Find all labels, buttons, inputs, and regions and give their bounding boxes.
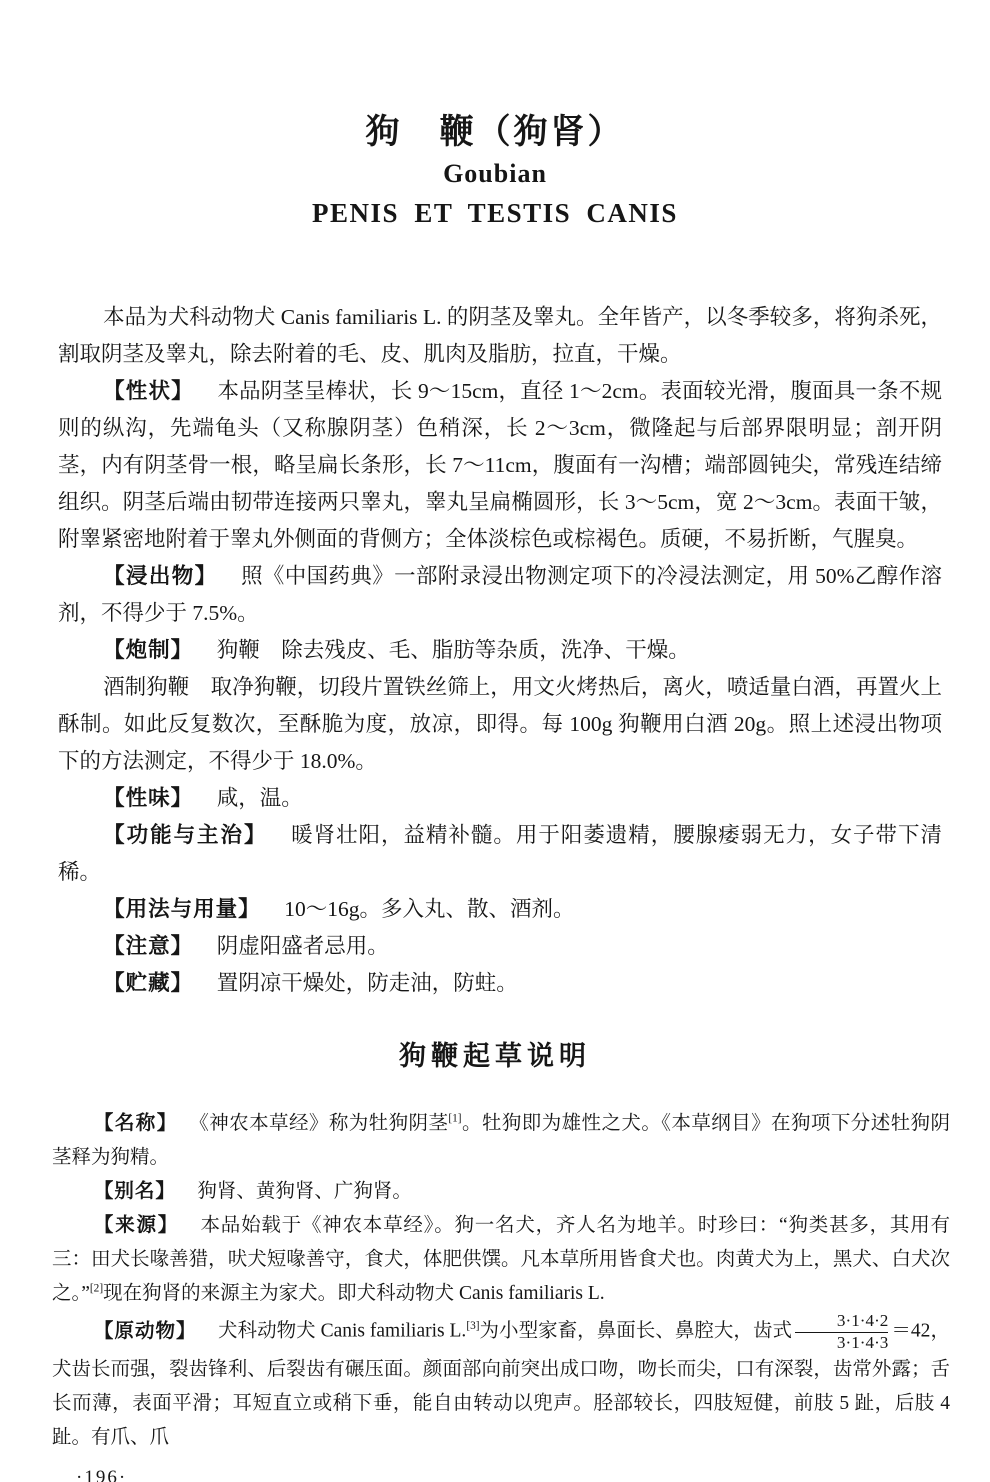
section-text-nature-flavor: 咸，温。 [217, 786, 303, 810]
section-text-processing: 狗鞭 除去残皮、毛、脂肪等杂质，洗净、干燥。 [217, 638, 690, 662]
section-properties: 【性状】本品阴茎呈棒状，长 9～15cm，直径 1～2cm。表面较光滑，腹面具一… [58, 373, 942, 558]
section-label-functions: 【功能与主治】 [103, 823, 267, 847]
dental-formula-denominator: 3·1·4·3 [795, 1332, 888, 1354]
footnote-ref-2: [2] [90, 1283, 103, 1295]
monograph-body: 本品为犬科动物犬 Canis familiaris L. 的阴茎及睾丸。全年皆产… [58, 299, 942, 1002]
section-wine-processing: 酒制狗鞭 取净狗鞭，切段片置铁丝筛上，用文火烤热后，离火，喷适量白酒，再置火上酥… [58, 669, 942, 780]
section-label-processing: 【炮制】 [103, 638, 193, 662]
dental-formula-fraction: 3·1·4·23·1·4·3 [795, 1311, 888, 1353]
section-text-caution: 阴虚阳盛者忌用。 [217, 934, 389, 958]
draft-section-source: 【来源】本品始载于《神农本草经》。狗一名犬，齐人名为地羊。时珍曰：“狗类甚多，其… [52, 1209, 950, 1311]
section-label-caution: 【注意】 [103, 934, 193, 958]
section-caution: 【注意】阴虚阳盛者忌用。 [58, 928, 942, 965]
draft-label-other-names: 【别名】 [94, 1181, 176, 1202]
section-text-wine-processing: 酒制狗鞭 取净狗鞭，切段片置铁丝筛上，用文火烤热后，离火，喷适量白酒，再置火上酥… [58, 675, 942, 773]
section-processing: 【炮制】狗鞭 除去残皮、毛、脂肪等杂质，洗净、干燥。 [58, 632, 942, 669]
section-storage: 【贮藏】置阴凉干燥处，防走油，防蛀。 [58, 965, 942, 1002]
page-number: ·196· [76, 1467, 990, 1482]
page-title-latin: PENIS ET TESTIS CANIS [0, 198, 990, 229]
section-label-storage: 【贮藏】 [103, 971, 193, 995]
draft-text-animal-1: 犬科动物犬 Canis familiaris L. [218, 1321, 466, 1342]
section-dosage: 【用法与用量】10～16g。多入丸、散、酒剂。 [58, 891, 942, 928]
section-label-nature-flavor: 【性味】 [103, 786, 193, 810]
document-page: 狗 鞭（狗肾） Goubian PENIS ET TESTIS CANIS 本品… [0, 0, 990, 1482]
draft-text-name-1: 《神农本草经》称为牡狗阴茎 [199, 1113, 448, 1134]
draft-text-source-2: 现在狗肾的来源主为家犬。即犬科动物犬 Canis familiaris L. [103, 1283, 605, 1304]
dental-formula-numerator: 3·1·4·2 [795, 1311, 888, 1332]
section-label-properties: 【性状】 [103, 379, 194, 403]
footnote-ref-1: [1] [448, 1113, 461, 1125]
section-text-properties: 本品阴茎呈棒状，长 9～15cm，直径 1～2cm。表面较光滑，腹面具一条不规则… [58, 379, 942, 551]
draft-label-name: 【名称】 [94, 1113, 178, 1134]
intro-text: 本品为犬科动物犬 Canis familiaris L. 的阴茎及睾丸。全年皆产… [58, 305, 942, 366]
intro-paragraph: 本品为犬科动物犬 Canis familiaris L. 的阴茎及睾丸。全年皆产… [58, 299, 942, 373]
draft-notes-body: 【名称】《神农本草经》称为牡狗阴茎[1]。牡狗即为雄性之犬。《本草纲目》在狗项下… [52, 1107, 950, 1455]
page-title-pinyin: Goubian [0, 159, 990, 189]
section-text-storage: 置阴凉干燥处，防走油，防蛀。 [217, 971, 518, 995]
draft-label-original-animal: 【原动物】 [94, 1321, 197, 1342]
draft-label-source: 【来源】 [94, 1215, 179, 1236]
page-title-chinese: 狗 鞭（狗肾） [0, 0, 990, 153]
draft-text-other-names: 狗肾、黄狗肾、广狗肾。 [197, 1181, 412, 1202]
draft-section-original-animal: 【原动物】犬科动物犬 Canis familiaris L.[3]为小型家畜，鼻… [52, 1311, 950, 1455]
section-label-dosage: 【用法与用量】 [103, 897, 261, 921]
draft-text-animal-2: 为小型家畜，鼻面长、鼻腔大，齿式 [480, 1321, 793, 1342]
section-text-dosage: 10～16g。多入丸、散、酒剂。 [284, 897, 574, 921]
draft-text-name-2: 。牡狗即为雄性之犬。《本草纲目》在狗项下分述牡狗阴茎释为狗精。 [52, 1113, 950, 1168]
section-nature-flavor: 【性味】咸，温。 [58, 780, 942, 817]
section-label-extractives: 【浸出物】 [103, 564, 217, 588]
draft-section-other-names: 【别名】狗肾、黄狗肾、广狗肾。 [52, 1175, 950, 1209]
draft-section-name: 【名称】《神农本草经》称为牡狗阴茎[1]。牡狗即为雄性之犬。《本草纲目》在狗项下… [52, 1107, 950, 1175]
footnote-ref-3: [3] [466, 1320, 479, 1332]
draft-notes-heading: 狗鞭起草说明 [0, 1034, 990, 1073]
section-extractives: 【浸出物】照《中国药典》一部附录浸出物测定项下的冷浸法测定，用 50%乙醇作溶剂… [58, 558, 942, 632]
section-functions: 【功能与主治】暖肾壮阳，益精补髓。用于阳萎遗精，腰腺痿弱无力，女子带下清稀。 [58, 817, 942, 891]
